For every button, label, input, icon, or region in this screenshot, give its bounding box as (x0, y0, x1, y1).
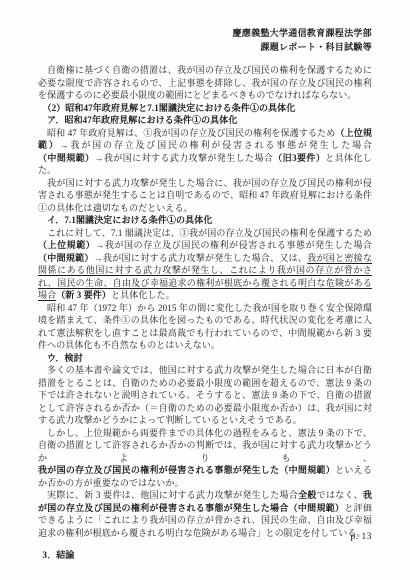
text-run: ではなく、 (317, 490, 363, 500)
text-run: （新 3 要件） (56, 290, 111, 300)
text-run: これに対して、7.1 閣議決定は、①我が国の存立及び国民の権利を保護するため (47, 228, 372, 238)
text-run: （2）昭和47年政府見解と7.1閣議決定における条件①の具体化 (43, 103, 296, 113)
text-run: 多くの基本書や論文では、他国に対する武力攻撃が発生した場合に日本が自衛措置をとる… (38, 365, 372, 425)
subsection-heading: ウ．検討 (38, 352, 372, 365)
text-run: （中間規範） (38, 253, 94, 263)
section-heading: （2）昭和47年政府見解と7.1閣議決定における条件①の具体化 (38, 102, 372, 115)
text-run: →我が国の存立及び国民の権利が侵害される事態が発生した場合 (60, 140, 372, 150)
paragraph: 昭和 47 年（1972 年）から 2015 年の間に変化した我が国を取り巻く安… (38, 302, 372, 352)
text-run: →我が国に対する武力攻撃が発生した場合 (94, 153, 273, 163)
text-run: ウ．検討 (47, 353, 83, 363)
text-run: （中間規範） (38, 153, 94, 163)
paragraph: これに対して、7.1 閣議決定は、①我が国の存立及び国民の権利を保護するため（上… (38, 227, 372, 302)
text-run: 昭和 47 年政府見解は、①我が国の存立及び国民の権利を保護するため (47, 128, 335, 138)
paragraph: しかし、上位規範から両要件までの具体化の過程をみると、憲法 9 条の下で、自衛の… (38, 427, 372, 490)
header-doc-type-line: 課題レポート・科目試験等 (38, 40, 372, 54)
text-run: →我が国の存立及び国民の権利が侵害される事態が発生した場合 (95, 240, 372, 250)
text-run: 我が国に対する武力攻撃が発生した場合に、我が国の存立及び国民の権利が侵害される事… (38, 178, 372, 213)
conclusion-heading: 3．結論 (38, 549, 372, 562)
text-run: 昭和 47 年（1972 年）から 2015 年の間に変化した我が国を取り巻く安… (38, 303, 372, 351)
text-run: 自衛権に基づく自衛の措置は、我が国の存立及び国民の権利を保護するために必要な限度… (38, 65, 372, 100)
text-run: （上位規範） (38, 240, 95, 250)
paragraph: 多くの基本書や論文では、他国に対する武力攻撃が発生した場合に日本が自衛措置をとる… (38, 364, 372, 427)
text-run: →我が国に対する武力攻撃が発生した場合、又は、 (94, 253, 308, 263)
text-run: 全般 (298, 490, 317, 500)
document-header: 慶應義塾大学通信教育課程法学部 課題レポート・科目試験等 (38, 26, 372, 54)
text-run: 実際に、新 3 要件は、他国に対する武力攻撃が発生した場合 (47, 490, 298, 500)
page-number: p. 13 (351, 532, 373, 542)
header-university-line: 慶應義塾大学通信教育課程法学部 (38, 26, 372, 40)
text-run: イ．7.1閣議決定における条件①の具体化 (47, 215, 212, 225)
text-run: 我が国の存立及び国民の権利が侵害される事態が発生した（中間規範） (38, 465, 335, 475)
paragraph: 自衛権に基づく自衛の措置は、我が国の存立及び国民の権利を保護するために必要な限度… (38, 64, 372, 102)
report-content: 自衛権に基づく自衛の措置は、我が国の存立及び国民の権利を保護するために必要な限度… (38, 64, 372, 562)
text-run: 3．結論 (43, 550, 75, 560)
paragraph: 昭和 47 年政府見解は、①我が国の存立及び国民の権利を保護するため（上位規範）… (38, 127, 372, 177)
subsection-heading: イ．7.1閣議決定における条件①の具体化 (38, 214, 372, 227)
text-run: と具体化した。 (111, 290, 175, 300)
text-run: ア．昭和47年政府見解における条件①の具体化 (47, 115, 237, 125)
paragraph: 我が国に対する武力攻撃が発生した場合に、我が国の存立及び国民の権利が侵害される事… (38, 177, 372, 215)
subsection-heading: ア．昭和47年政府見解における条件①の具体化 (38, 114, 372, 127)
text-run: しかし、上位規範から両要件までの具体化の過程をみると、憲法 9 条の下で、自衛の… (38, 428, 372, 463)
document-page: 慶應義塾大学通信教育課程法学部 課題レポート・科目試験等 自衛権に基づく自衛の措… (0, 0, 410, 580)
text-run: （旧3要件） (273, 153, 325, 163)
paragraph: 実際に、新 3 要件は、他国に対する武力攻撃が発生した場合全般ではなく、我が国の… (38, 489, 372, 539)
